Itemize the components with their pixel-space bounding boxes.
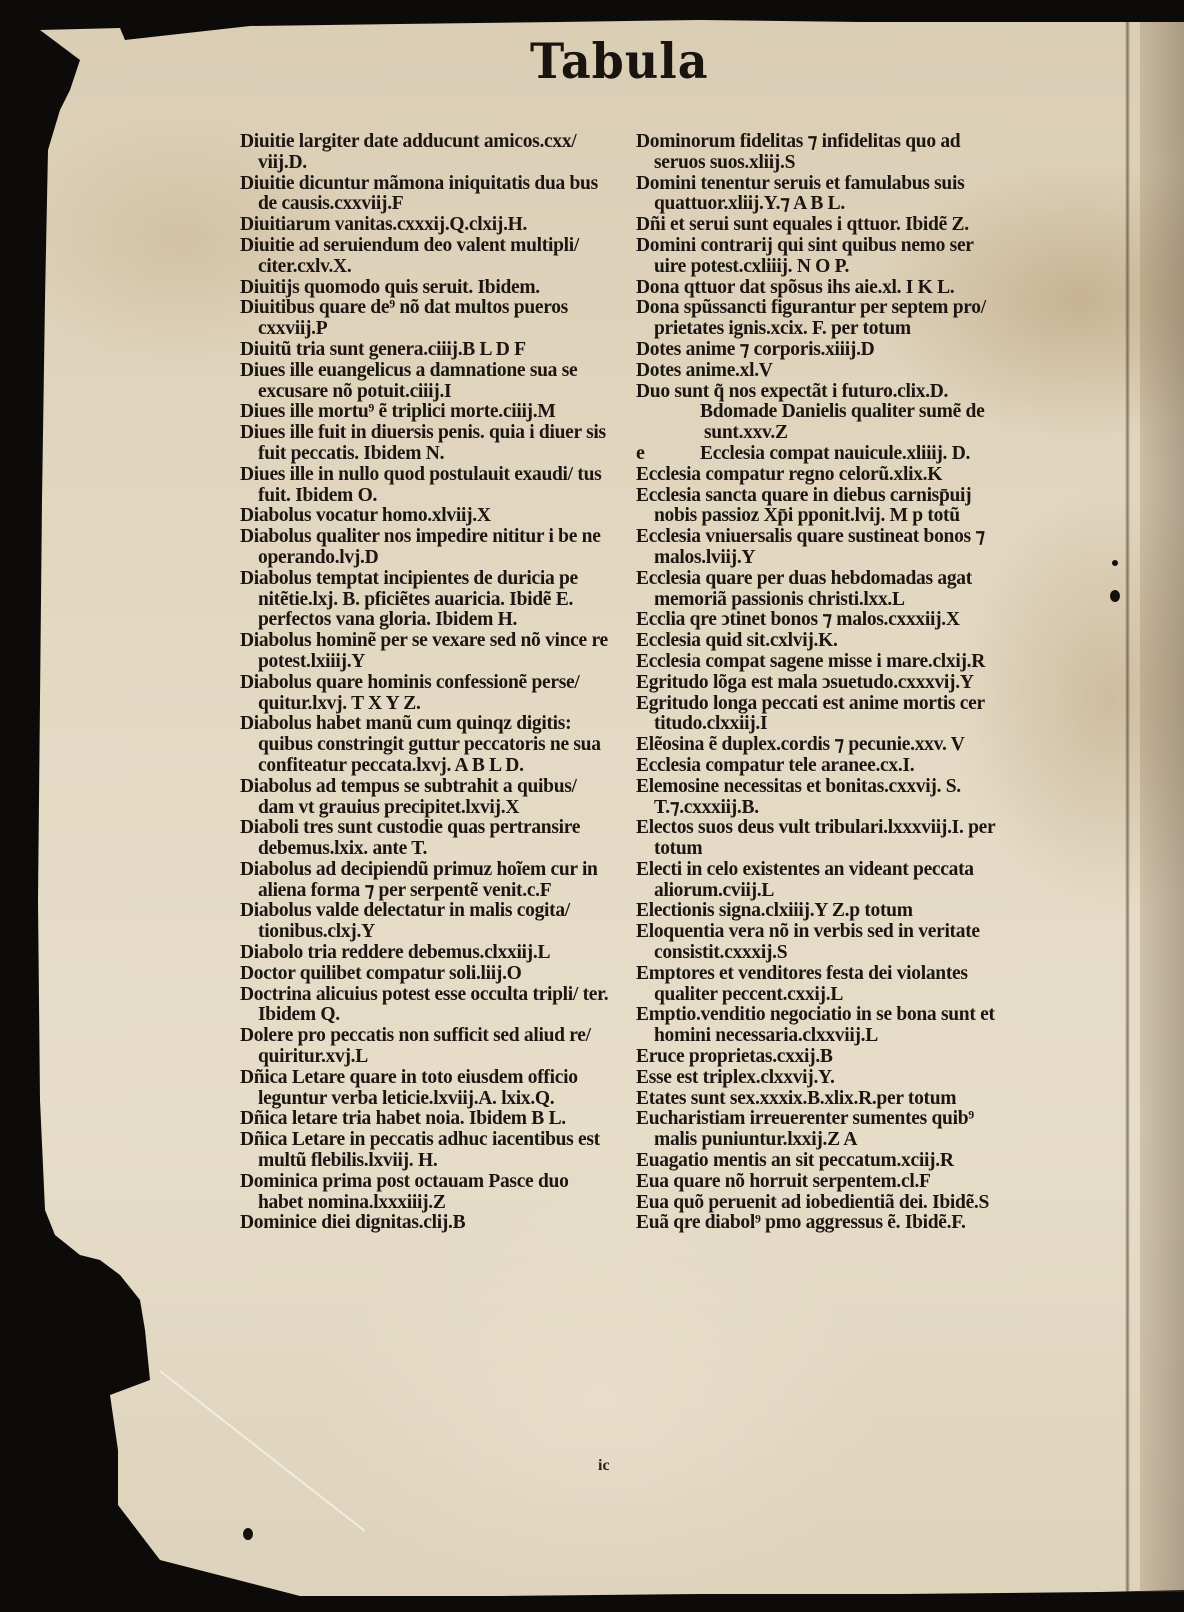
index-entry: Electionis signa.clxiiij.Y Z.p totum [636, 901, 1006, 922]
index-entry: Elemosine necessitas et bonitas.cxxvij. … [636, 777, 1006, 819]
index-entry: Dñi et serui sunt equales i qttuor. Ibid… [636, 215, 1006, 236]
index-entry: Diabolus valde delectatur in malis cogit… [240, 901, 610, 943]
margin-note: e [636, 442, 645, 465]
index-entry: Dñica Letare in peccatis adhuc iacentibu… [240, 1130, 610, 1172]
index-entry: Diabolus temptat incipientes de duricia … [240, 569, 610, 631]
index-entry: Egritudo lõga est mala ↄsuetudo.cxxxvij.… [636, 673, 1006, 694]
index-entry: Diuitijs quomodo quis seruit. Ibidem. [240, 278, 610, 299]
index-entry: Diuitiarum vanitas.cxxxij.Q.clxij.H. [240, 215, 610, 236]
index-entry: Dñica letare tria habet noia. Ibidem B L… [240, 1109, 610, 1130]
index-entry: Diues ille fuit in diuersis penis. quia … [240, 423, 610, 465]
binding-gutter-shadow [1140, 22, 1184, 1592]
scanned-page: Tabula Diuitie largiter date adducunt am… [0, 0, 1184, 1612]
signature-mark: ic [598, 1457, 610, 1475]
index-entry: Diuitie ad seruiendum deo valent multipl… [240, 236, 610, 278]
index-entry: Diabolus ad decipiendũ primuz hoĩem cur … [240, 860, 610, 902]
index-entry: Eucharistiam irreuerenter sumentes quib⁹… [636, 1109, 1006, 1151]
index-entry: Etates sunt sex.xxxix.B.xlix.R.per totum [636, 1089, 1006, 1110]
index-entry: Euã qre diabol⁹ pmo aggressus ẽ. Ibidẽ.F… [636, 1213, 1006, 1234]
index-entry: Diues ille mortu⁹ ẽ triplici morte.ciiij… [240, 402, 610, 423]
index-entry: Diuitũ tria sunt genera.ciiij.B L D F [240, 340, 610, 361]
index-entry: Domini tenentur seruis et famulabus suis… [636, 174, 1006, 216]
index-entry: Diabolus hominẽ per se vexare sed nõ vin… [240, 631, 610, 673]
index-entry: Ecclesia compat sagene misse i mare.clxi… [636, 652, 1006, 673]
index-entry: Dona spũssancti figurantur per septem pr… [636, 298, 1006, 340]
index-entry: Electos suos deus vult tribulari.lxxxvii… [636, 818, 1006, 860]
index-column-right: Dominorum fidelitas ⁊ infidelitas quo ad… [636, 132, 1006, 1234]
index-entry: Emptio.venditio negociatio in se bona su… [636, 1005, 1006, 1047]
index-entry: Ecclesia sancta quare in diebus carnisp̄… [636, 486, 1006, 528]
index-entry: Diabolus quare hominis confessionẽ perse… [240, 673, 610, 715]
index-entry: Diabolus ad tempus se subtrahit a quibus… [240, 777, 610, 819]
index-entry: Egritudo longa peccati est anime mortis … [636, 694, 1006, 736]
index-entry: Doctrina alicuius potest esse occulta tr… [240, 985, 610, 1027]
ink-blot [1112, 560, 1118, 566]
index-entry: Ecclesia quare per duas hebdomadas agat … [636, 569, 1006, 611]
index-entry: Dotes anime.xl.V [636, 361, 1006, 382]
page-header-title: Tabula [530, 33, 690, 90]
index-entry: Ecclesia quid sit.cxlvij.K. [636, 631, 1006, 652]
index-entry: Diues ille in nullo quod postulauit exau… [240, 465, 610, 507]
index-entry: Esse est triplex.clxxvij.Y. [636, 1068, 1006, 1089]
index-entry: Eua quare nõ horruit serpentem.cl.F [636, 1172, 1006, 1193]
index-entry: Ecclia qre ↄtinet bonos ⁊ malos.cxxxiij.… [636, 610, 1006, 631]
index-entry: Diaboli tres sunt custodie quas pertrans… [240, 818, 610, 860]
index-entry: Diabolus vocatur homo.xlviij.X [240, 506, 610, 527]
index-entry: Diuitie dicuntur mãmona iniquitatis dua … [240, 174, 610, 216]
index-entry: Ecclesia compatur tele aranee.cx.I. [636, 756, 1006, 777]
index-entry: Dominice diei dignitas.clij.B [240, 1213, 610, 1234]
index-entry: Dñica Letare quare in toto eiusdem offic… [240, 1068, 610, 1110]
ink-blot [243, 1528, 253, 1540]
index-entry: Doctor quilibet compatur soli.liij.O [240, 964, 610, 985]
index-entry: Elẽosina ẽ duplex.cordis ⁊ pecunie.xxv. … [636, 735, 1006, 756]
index-entry: Dotes anime ⁊ corporis.xiiij.D [636, 340, 1006, 361]
binding-gutter-crease [1125, 22, 1130, 1592]
index-entry: Electi in celo existentes an videant pec… [636, 860, 1006, 902]
index-entry: Diabolus habet manũ cum quinqz digitis: … [240, 714, 610, 776]
index-entry: Dona qttuor dat spõsus ihs aie.xl. I K L… [636, 278, 1006, 299]
index-entry: Eloquentia vera nõ in verbis sed in veri… [636, 922, 1006, 964]
index-entry: Emptores et venditores festa dei violant… [636, 964, 1006, 1006]
index-entry: Diuitie largiter date adducunt amicos.cx… [240, 132, 610, 174]
index-entry: Dolere pro peccatis non sufficit sed ali… [240, 1026, 610, 1068]
index-entry: Bdomade Danielis qualiter sumẽ de sunt.x… [636, 402, 1006, 444]
index-entry: Diues ille euangelicus a damnatione sua … [240, 361, 610, 403]
index-entry: Diabolo tria reddere debemus.clxxiij.L [240, 943, 610, 964]
index-entry: Diabolus qualiter nos impedire nititur i… [240, 527, 610, 569]
index-entry: Eruce proprietas.cxxij.B [636, 1047, 1006, 1068]
index-column-left: Diuitie largiter date adducunt amicos.cx… [240, 132, 610, 1234]
index-entry: Ecclesia compat nauicule.xliiij. D. [636, 444, 1006, 465]
index-entry: Domini contrarij qui sint quibus nemo se… [636, 236, 1006, 278]
index-entry: Dominorum fidelitas ⁊ infidelitas quo ad… [636, 132, 1006, 174]
index-entry: Euagatio mentis an sit peccatum.xciij.R [636, 1151, 1006, 1172]
index-entry: Duo sunt q̃ nos expectãt i futuro.clix.D… [636, 382, 1006, 403]
index-entry: Ecclesia compatur regno celorũ.xlix.K [636, 465, 1006, 486]
index-entry: Eua quõ peruenit ad iobedientiã dei. Ibi… [636, 1193, 1006, 1214]
ink-blot [1110, 590, 1120, 602]
index-entry: Diuitibus quare de⁹ nõ dat multos pueros… [240, 298, 610, 340]
index-entry: Dominica prima post octauam Pasce duo ha… [240, 1172, 610, 1214]
index-entry: Ecclesia vniuersalis quare sustineat bon… [636, 527, 1006, 569]
